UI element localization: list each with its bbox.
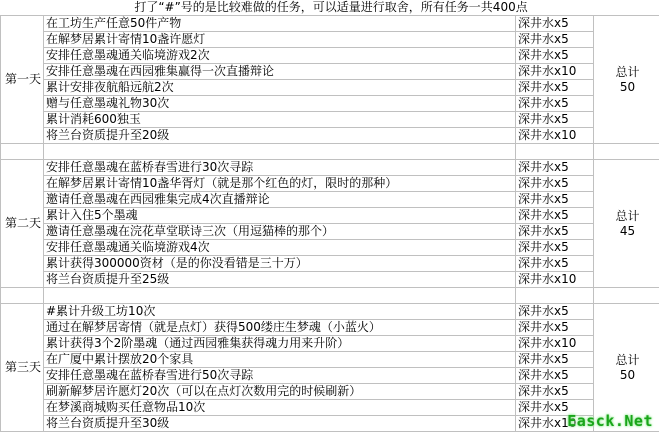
- reward-cell: 深井水x5: [516, 256, 594, 272]
- table-row: 将兰台资质提升至25级深井水x10: [1, 272, 659, 288]
- task-cell: 在广厦中累计摆放20个家具: [44, 352, 516, 368]
- total-label: 总计: [596, 65, 659, 80]
- reward-cell: 深井水x5: [516, 304, 594, 320]
- task-cell: 邀请任意墨魂在西园雅集完成4次直播辩论: [44, 192, 516, 208]
- table-row: 第二天 安排任意墨魂在蓝桥春雪进行30次寻踪 深井水x5 总计 45: [1, 160, 659, 176]
- total-value: 45: [596, 224, 659, 239]
- table-row: 赠与任意墨魂礼物30次深井水x5: [1, 96, 659, 112]
- reward-cell: 深井水x5: [516, 208, 594, 224]
- task-cell: 安排任意墨魂通关临境游戏4次: [44, 240, 516, 256]
- reward-cell: 深井水x5: [516, 16, 594, 32]
- day-label: 第三天: [1, 304, 44, 432]
- table-row: 累计消耗600独玉深井水x5: [1, 112, 659, 128]
- task-cell: 安排任意墨魂通关临境游戏2次: [44, 48, 516, 64]
- task-cell: 将兰台资质提升至25级: [44, 272, 516, 288]
- table-row: 累计安排夜航船远航2次深井水x5: [1, 80, 659, 96]
- task-cell: #累计升级工坊10次: [44, 304, 516, 320]
- total-label: 总计: [596, 353, 659, 368]
- reward-cell: 深井水x5: [516, 160, 594, 176]
- task-cell: 将兰台资质提升至30级: [44, 416, 516, 432]
- reward-cell: 深井水x5: [516, 48, 594, 64]
- reward-cell: 深井水x5: [516, 368, 594, 384]
- table-row: 第一天 在工坊生产任意50件产物 深井水x5 总计 50: [1, 16, 659, 32]
- table-row: 邀请任意墨魂在浣花草堂联诗三次（用逗猫棒的那个）深井水x5: [1, 224, 659, 240]
- table-row: 在解梦居累计寄情10盏许愿灯深井水x5: [1, 32, 659, 48]
- task-cell: 在解梦居累计寄情10盏华胥灯（就是那个红色的灯，限时的那种）: [44, 176, 516, 192]
- task-cell: 刷新解梦居许愿灯20次（可以在点灯次数用完的时候刷新）: [44, 384, 516, 400]
- day-label: 第二天: [1, 160, 44, 288]
- table-row: 安排任意墨魂在蓝桥春雪进行50次寻踪深井水x5: [1, 368, 659, 384]
- day-label: 第一天: [1, 16, 44, 144]
- blank-row: [1, 144, 659, 160]
- reward-cell: 深井水x5: [516, 176, 594, 192]
- task-cell: 安排任意墨魂在蓝桥春雪进行30次寻踪: [44, 160, 516, 176]
- reward-cell: 深井水x5: [516, 80, 594, 96]
- day-total: 总计 45: [594, 160, 659, 288]
- table-row: 将兰台资质提升至30级深井水x10: [1, 416, 659, 432]
- reward-cell: 深井水x5: [516, 32, 594, 48]
- table-row: 累计入住5个墨魂深井水x5: [1, 208, 659, 224]
- watermark-logo: Easck.Net: [567, 412, 653, 430]
- reward-cell: 深井水x10: [516, 336, 594, 352]
- table-row: 在广厦中累计摆放20个家具深井水x5: [1, 352, 659, 368]
- task-cell: 累计消耗600独玉: [44, 112, 516, 128]
- task-table: 打了“#”号的是比较难做的任务，可以适量进行取舍，所有任务一共400点 第一天 …: [0, 0, 659, 432]
- task-cell: 在工坊生产任意50件产物: [44, 16, 516, 32]
- total-label: 总计: [596, 209, 659, 224]
- reward-cell: 深井水x5: [516, 192, 594, 208]
- table-row: 通过在解梦居寄情（就是点灯）获得500缕庄生梦魂（小蓝火）深井水x5: [1, 320, 659, 336]
- table-title: 打了“#”号的是比较难做的任务，可以适量进行取舍，所有任务一共400点: [1, 0, 659, 16]
- task-cell: 累计获得3个2阶墨魂（通过西园雅集获得魂力用来升阶）: [44, 336, 516, 352]
- task-cell: 通过在解梦居寄情（就是点灯）获得500缕庄生梦魂（小蓝火）: [44, 320, 516, 336]
- reward-cell: 深井水x10: [516, 64, 594, 80]
- task-cell: 在解梦居累计寄情10盏许愿灯: [44, 32, 516, 48]
- blank-row: [1, 288, 659, 304]
- reward-cell: 深井水x5: [516, 384, 594, 400]
- table-row: 邀请任意墨魂在西园雅集完成4次直播辩论深井水x5: [1, 192, 659, 208]
- table-row: 在梦溪商城购买任意物品10次深井水x5: [1, 400, 659, 416]
- task-cell: 邀请任意墨魂在浣花草堂联诗三次（用逗猫棒的那个）: [44, 224, 516, 240]
- title-row: 打了“#”号的是比较难做的任务，可以适量进行取舍，所有任务一共400点: [1, 0, 659, 16]
- reward-cell: 深井水x5: [516, 96, 594, 112]
- day-total: 总计 50: [594, 16, 659, 144]
- reward-cell: 深井水x5: [516, 112, 594, 128]
- reward-cell: 深井水x10: [516, 272, 594, 288]
- task-cell: 累计入住5个墨魂: [44, 208, 516, 224]
- reward-cell: 深井水x5: [516, 320, 594, 336]
- table-row: 刷新解梦居许愿灯20次（可以在点灯次数用完的时候刷新）深井水x5: [1, 384, 659, 400]
- table-row: 将兰台资质提升至20级深井水x10: [1, 128, 659, 144]
- table-row: 累计获得3个2阶墨魂（通过西园雅集获得魂力用来升阶）深井水x10: [1, 336, 659, 352]
- task-cell: 累计获得300000资材（是的你没看错是三十万）: [44, 256, 516, 272]
- total-value: 50: [596, 80, 659, 95]
- table-row: 第三天 #累计升级工坊10次 深井水x5 总计 50: [1, 304, 659, 320]
- table-row: 在解梦居累计寄情10盏华胥灯（就是那个红色的灯，限时的那种）深井水x5: [1, 176, 659, 192]
- table-row: 安排任意墨魂通关临境游戏4次深井水x5: [1, 240, 659, 256]
- task-cell: 在梦溪商城购买任意物品10次: [44, 400, 516, 416]
- reward-cell: 深井水x5: [516, 240, 594, 256]
- reward-cell: 深井水x5: [516, 352, 594, 368]
- task-cell: 赠与任意墨魂礼物30次: [44, 96, 516, 112]
- table-row: 累计获得300000资材（是的你没看错是三十万）深井水x5: [1, 256, 659, 272]
- total-value: 50: [596, 368, 659, 383]
- task-cell: 累计安排夜航船远航2次: [44, 80, 516, 96]
- task-cell: 安排任意墨魂在西园雅集赢得一次直播辩论: [44, 64, 516, 80]
- table-row: 安排任意墨魂在西园雅集赢得一次直播辩论深井水x10: [1, 64, 659, 80]
- reward-cell: 深井水x5: [516, 224, 594, 240]
- task-cell: 安排任意墨魂在蓝桥春雪进行50次寻踪: [44, 368, 516, 384]
- task-cell: 将兰台资质提升至20级: [44, 128, 516, 144]
- table-row: 安排任意墨魂通关临境游戏2次深井水x5: [1, 48, 659, 64]
- reward-cell: 深井水x10: [516, 128, 594, 144]
